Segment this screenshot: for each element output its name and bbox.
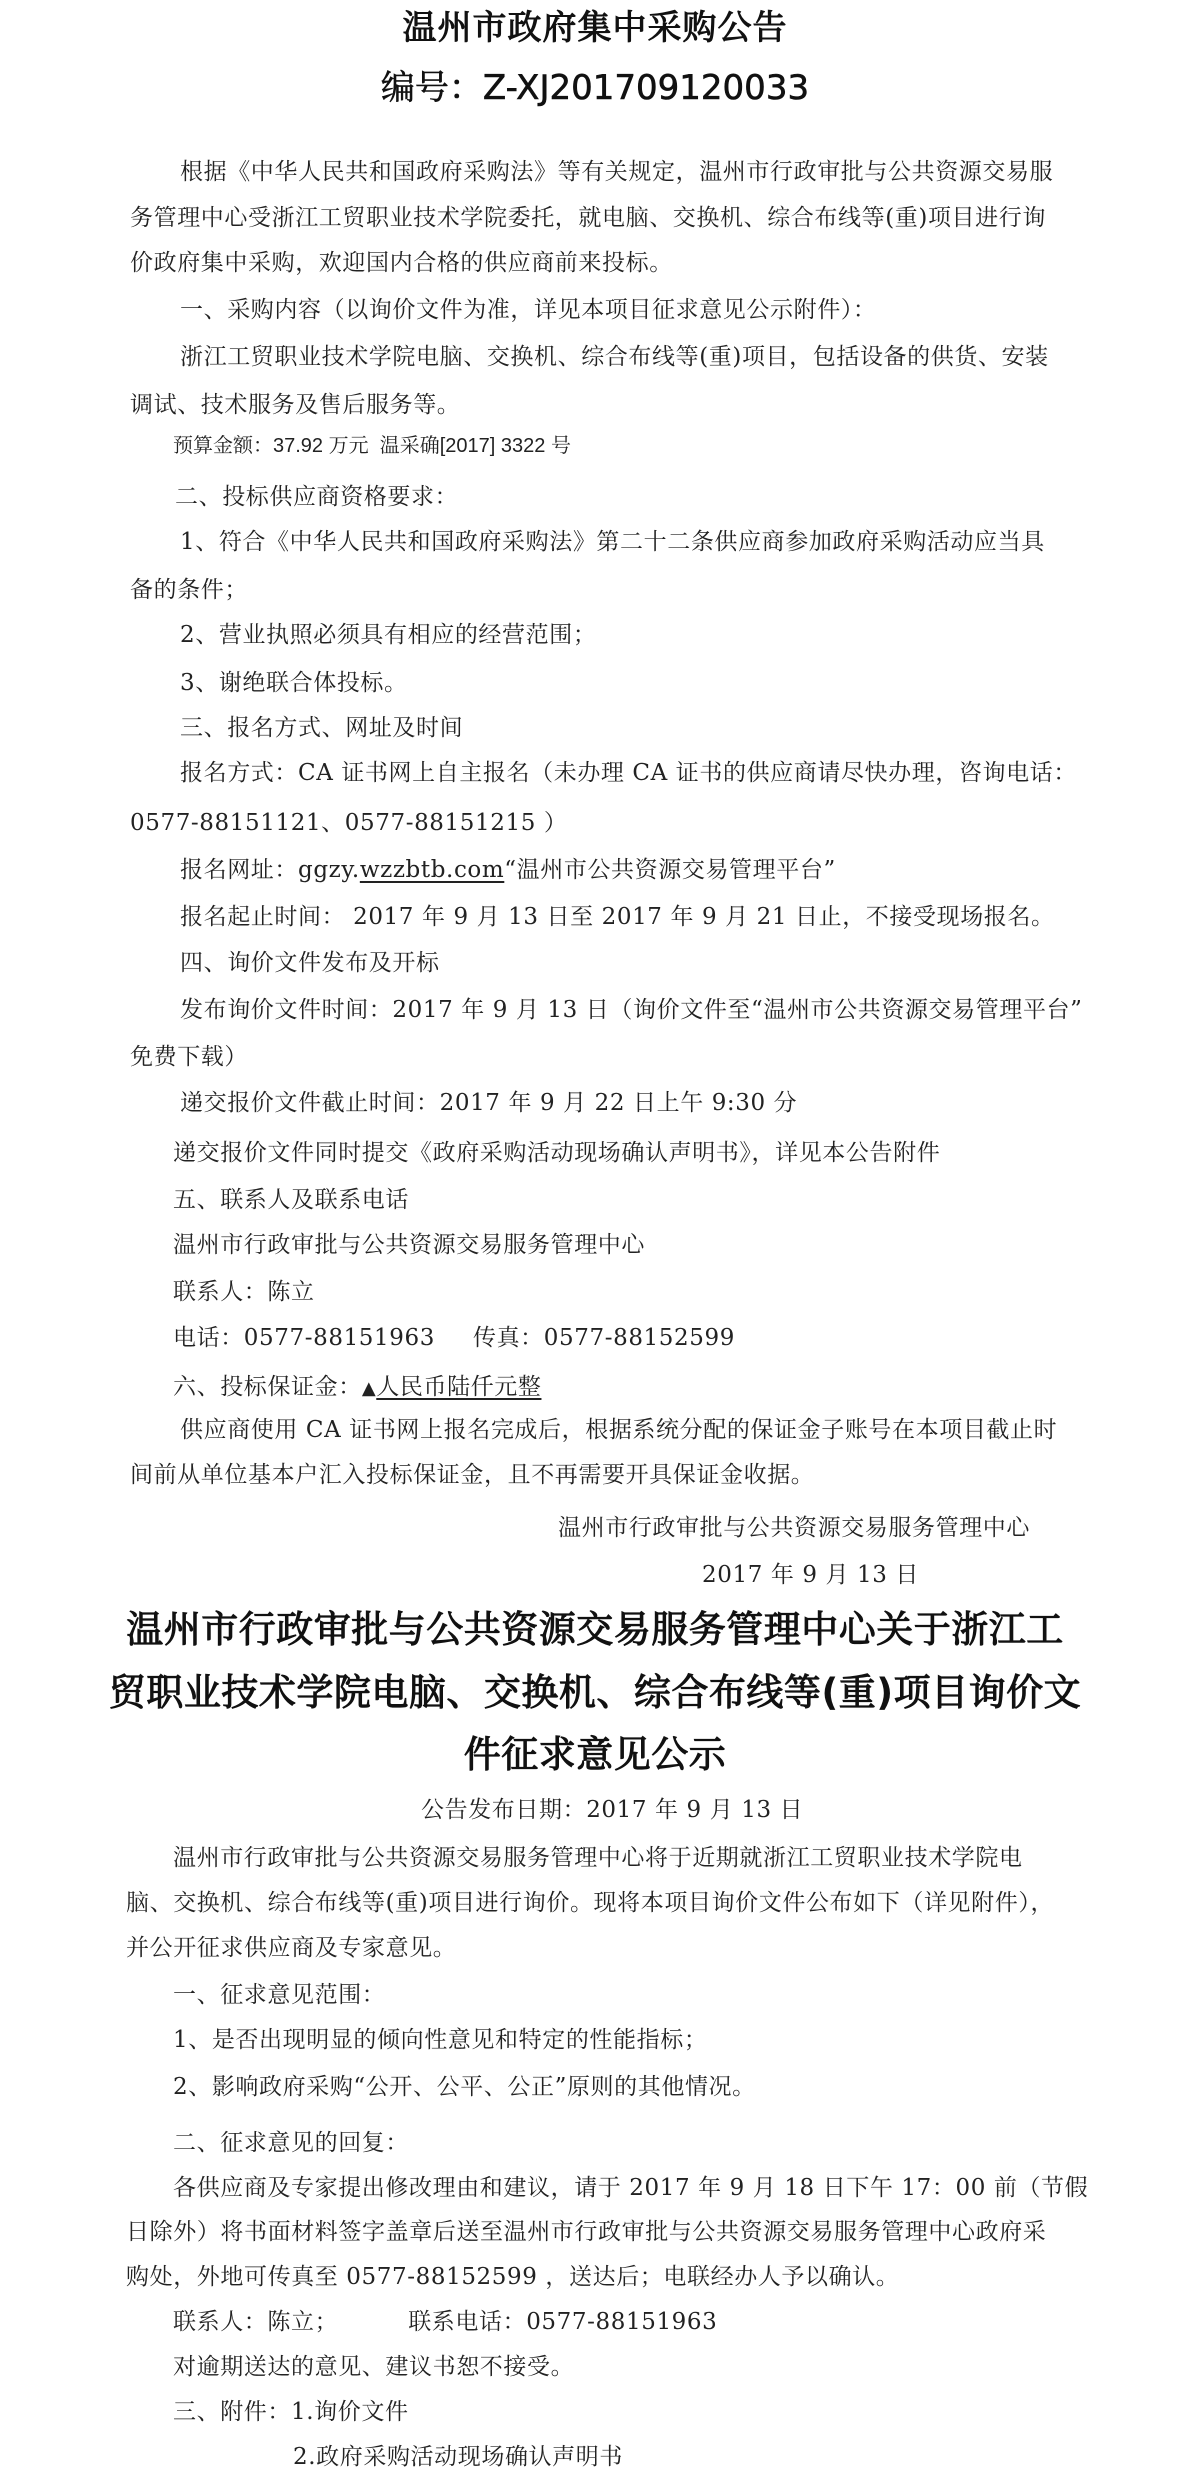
deposit-amount: 人民币陆仟元整 (376, 1374, 541, 1400)
notice-2-title-line-1: 温州市行政审批与公共资源交易服务管理中心关于浙江工 (0, 1607, 1190, 1653)
notice-title: 温州市政府集中采购公告 (0, 8, 1190, 48)
registration-url-suffix: “温州市公共资源交易管理平台” (504, 857, 836, 883)
contact-phone: 电话：0577-88151963 (173, 1325, 435, 1351)
notice-2-section-2-body-3: 购处，外地可传真至 0577-88152599 ，送达后；电联经办人予以确认。 (126, 2262, 899, 2292)
notice-2-contact-phone: 联系电话：0577-88151963 (408, 2309, 717, 2335)
signature-date: 2017 年 9 月 13 日 (702, 1560, 919, 1590)
publish-time-cont: 免费下载） (130, 1042, 248, 1072)
submission-deadline: 递交报价文件截止时间：2017 年 9 月 22 日上午 9:30 分 (180, 1088, 797, 1118)
submission-note: 递交报价文件同时提交《政府采购活动现场确认声明书》，详见本公告附件 (173, 1138, 940, 1168)
notice-2-section-1-item-2: 2、影响政府采购“公开、公平、公正”原则的其他情况。 (173, 2072, 756, 2102)
notice-2-attachment-1[interactable]: 三、附件：1.询价文件 (173, 2397, 409, 2427)
notice-2-contact: 联系人：陈立； (173, 2309, 338, 2335)
publish-time: 发布询价文件时间：2017 年 9 月 13 日（询价文件至“温州市公共资源交易… (180, 995, 1083, 1025)
notice-2-contact-line: 联系人：陈立；联系电话：0577-88151963 (173, 2307, 717, 2337)
budget-value: 37.92 万元 (273, 435, 369, 457)
budget-label: 预算金额： (173, 435, 273, 457)
section-1-body-1: 浙江工贸职业技术学院电脑、交换机、综合布线等(重)项目，包括设备的供货、安装 (180, 342, 1049, 372)
registration-url-label: 报名网址：ggzy. (180, 857, 360, 883)
registration-phones: 0577-88151121、0577-88151215 ） (130, 808, 567, 838)
intro-line-3: 价政府集中采购，欢迎国内合格的供应商前来投标。 (130, 248, 673, 278)
section-6-label: 六、投标保证金： (173, 1374, 362, 1400)
notice-2-section-2-body-2: 日除外）将书面材料签字盖章后送至温州市行政审批与公共资源交易服务管理中心政府采 (126, 2217, 1046, 2247)
intro-line-1: 根据《中华人民共和国政府采购法》等有关规定，温州市行政审批与公共资源交易服 (180, 157, 1053, 187)
registration-period: 报名起止时间： 2017 年 9 月 13 日至 2017 年 9 月 21 日… (180, 902, 1055, 932)
signature-org: 温州市行政审批与公共资源交易服务管理中心 (558, 1513, 1030, 1543)
contact-org: 温州市行政审批与公共资源交易服务管理中心 (173, 1230, 645, 1260)
section-3-heading: 三、报名方式、网址及时间 (180, 713, 463, 743)
section-6-line: 六、投标保证金：▲人民币陆仟元整 (173, 1372, 541, 1404)
deposit-note-1: 供应商使用 CA 证书网上报名完成后，根据系统分配的保证金子账号在本项目截止时 (180, 1415, 1057, 1445)
section-2-item-1-cont: 备的条件； (130, 575, 248, 605)
section-2-item-1: 1、符合《中华人民共和国政府采购法》第二十二条供应商参加政府采购活动应当具 (180, 527, 1045, 557)
section-4-heading: 四、询价文件发布及开标 (180, 948, 440, 978)
notice-2-late-note: 对逾期送达的意见、建议书恕不接受。 (173, 2352, 574, 2382)
section-2-item-2: 2、营业执照必须具有相应的经营范围； (180, 620, 596, 650)
deposit-note-2: 间前从单位基本户汇入投标保证金，且不再需要开具保证金收据。 (130, 1460, 814, 1490)
notice-2-title-line-3: 件征求意见公示 (0, 1732, 1190, 1778)
section-2-item-3: 3、谢绝联合体投标。 (180, 668, 408, 698)
notice-2-title-line-2: 贸职业技术学院电脑、交换机、综合布线等(重)项目询价文 (0, 1670, 1190, 1716)
notice-2-section-2-heading: 二、征求意见的回复： (173, 2128, 409, 2158)
contact-fax: 传真：0577-88152599 (473, 1325, 735, 1351)
section-1-heading: 一、采购内容（以询价文件为准，详见本项目征求意见公示附件）： (180, 295, 877, 325)
intro-line-2: 务管理中心受浙江工贸职业技术学院委托，就电脑、交换机、综合布线等(重)项目进行询 (130, 203, 1046, 233)
section-2-heading: 二、投标供应商资格要求： (175, 482, 458, 512)
registration-url-link[interactable]: wzzbtb.com (360, 857, 504, 883)
notice-2-intro-3: 并公开征求供应商及专家意见。 (126, 1933, 456, 1963)
triangle-icon: ▲ (362, 1378, 376, 1399)
contact-person: 联系人：陈立 (173, 1277, 315, 1307)
notice-2-intro-2: 脑、交换机、综合布线等(重)项目进行询价。现将本项目询价文件公布如下（详见附件）… (126, 1888, 1054, 1918)
budget-line: 预算金额：37.92 万元 温采确[2017] 3322 号 (173, 431, 571, 461)
budget-ref: 温采确[2017] 3322 号 (380, 435, 571, 457)
notice-2-section-1-heading: 一、征求意见范围： (173, 1980, 385, 2010)
section-1-body-2: 调试、技术服务及售后服务等。 (130, 390, 460, 420)
notice-2-publish-date: 公告发布日期：2017 年 9 月 13 日 (421, 1795, 803, 1825)
notice-2-section-1-item-1: 1、是否出现明显的倾向性意见和特定的性能指标； (173, 2025, 707, 2055)
section-5-heading: 五、联系人及联系电话 (173, 1185, 409, 1215)
notice-2-attachment-2[interactable]: 2.政府采购活动现场确认声明书 (293, 2442, 623, 2472)
notice-2-section-2-body-1: 各供应商及专家提出修改理由和建议，请于 2017 年 9 月 18 日下午 17… (173, 2173, 1088, 2203)
contact-phone-fax: 电话：0577-88151963传真：0577-88152599 (173, 1323, 735, 1353)
registration-method: 报名方式：CA 证书网上自主报名（未办理 CA 证书的供应商请尽快办理，咨询电话… (180, 758, 1077, 788)
notice-2-intro-1: 温州市行政审批与公共资源交易服务管理中心将于近期就浙江工贸职业技术学院电 (173, 1843, 1023, 1873)
notice-number: 编号：Z-XJ201709120033 (0, 68, 1190, 108)
registration-url-line: 报名网址：ggzy.wzzbtb.com“温州市公共资源交易管理平台” (180, 855, 836, 885)
